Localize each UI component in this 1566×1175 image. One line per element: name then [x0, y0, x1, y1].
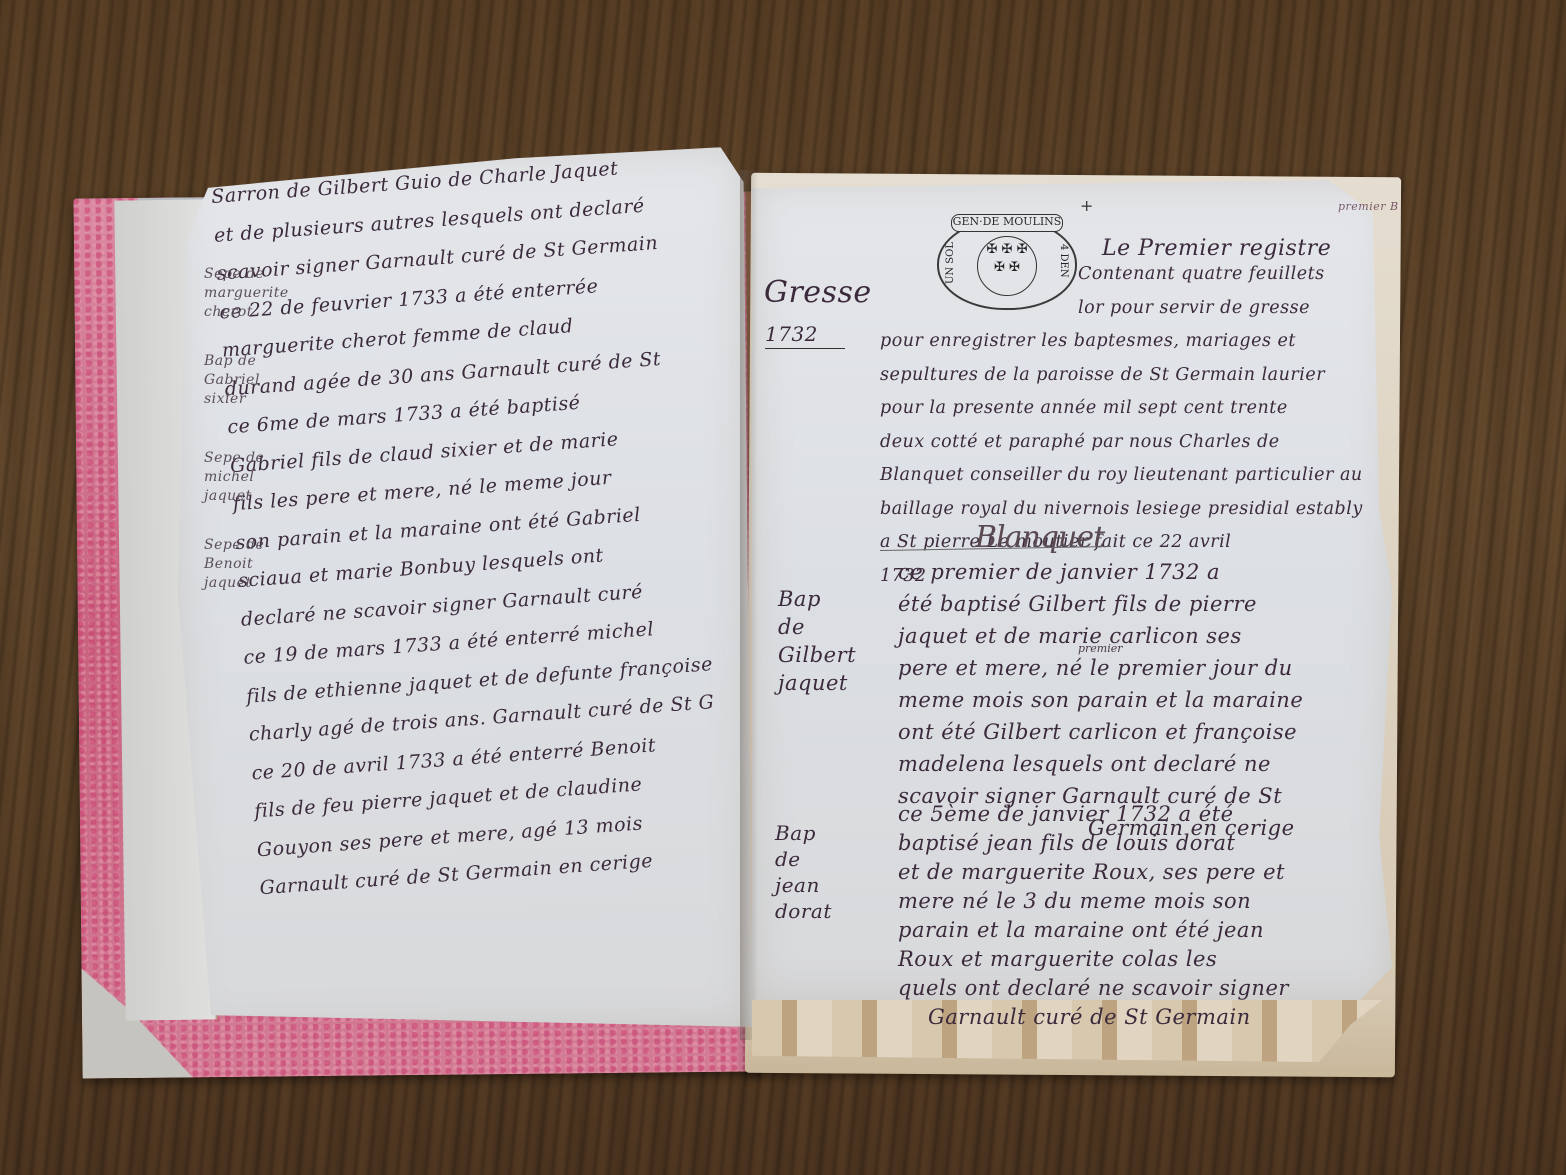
- margin-word: dorat: [775, 898, 832, 924]
- left-page-body: Sarron de Gilbert Guio de Charle Jaquet …: [210, 145, 728, 907]
- margin-word: jaquet: [778, 669, 856, 697]
- header-line: sepultures de la paroisse de St Germain …: [880, 359, 1363, 393]
- divider: [765, 348, 845, 349]
- signature-blanquet: Blanquet: [975, 520, 1104, 555]
- margin-note: Bap de Gabriel sixier: [204, 352, 274, 409]
- entry-margin-note: Bap de jean dorat: [775, 820, 832, 924]
- margin-note: Sepe de michel jaquet: [204, 449, 274, 506]
- header-line: deux cotté et paraphé par nous Charles d…: [880, 426, 1363, 460]
- header-line: Blanquet conseiller du roy lieutenant pa…: [880, 459, 1363, 493]
- margin-word: de: [778, 613, 856, 641]
- handwritten-line: et de marguerite Roux, ses pere et: [898, 858, 1289, 887]
- gresse-year: 1732: [765, 322, 818, 346]
- header-line: pour enregistrer les baptesmes, mariages…: [880, 325, 1363, 359]
- handwritten-line: quels ont declaré ne scavoir signer: [898, 974, 1289, 1003]
- margin-word: jean: [775, 872, 832, 898]
- handwritten-line: Roux et marguerite colas les: [898, 945, 1289, 974]
- handwritten-line: madelena lesquels ont declaré ne: [898, 748, 1303, 780]
- stamp-banner: GEN·DE MOULINS: [951, 214, 1063, 232]
- baptism-entry-jean: ce 5ème de janvier 1732 a été baptisé je…: [898, 800, 1289, 1032]
- handwritten-line: meme mois son parain et la maraine: [898, 684, 1303, 716]
- entry-margin-note: Bap de Gilbert jaquet: [778, 585, 856, 697]
- header-line: Contenant quatre feuillets: [880, 258, 1363, 292]
- margin-word: Bap: [775, 820, 832, 846]
- margin-note: Sepe de Benoit jaquet: [204, 536, 274, 593]
- margin-word: de: [775, 846, 832, 872]
- handwritten-line: parain et la maraine ont été jean: [898, 916, 1289, 945]
- margin-word: Bap: [778, 585, 856, 613]
- header-line: pour la presente année mil sept cent tre…: [880, 392, 1363, 426]
- corner-note: premier B: [1338, 200, 1399, 213]
- handwritten-line: été baptisé Gilbert fils de pierre: [898, 588, 1303, 620]
- handwritten-line: baptisé jean fils de louis dorat: [898, 829, 1289, 858]
- register-header-text: Contenant quatre feuillets lor pour serv…: [880, 258, 1363, 593]
- handwritten-line: jaquet et de marie carlicon ses: [898, 620, 1303, 652]
- handwritten-line: mere né le 3 du meme mois son: [898, 887, 1289, 916]
- plus-mark: +: [1080, 196, 1094, 215]
- handwritten-line: Garnault curé de St Germain: [898, 1003, 1289, 1032]
- handwritten-line: ce premier de janvier 1732 a: [898, 556, 1303, 588]
- handwritten-line: ont été Gilbert carlicon et françoise: [898, 716, 1303, 748]
- header-line: a St pierre Le moutier fait ce 22 avril: [880, 526, 1363, 560]
- handwritten-line: ce 5ème de janvier 1732 a été: [898, 800, 1289, 829]
- margin-note: Sepe de marguerite cherot: [204, 265, 274, 322]
- header-line: lor pour servir de gresse: [880, 292, 1363, 326]
- book-gutter: [740, 170, 758, 1040]
- left-margin-notes: Sepe de marguerite cherot Bap de Gabriel…: [204, 255, 274, 623]
- handwritten-line: pere et mere, né le premier jour du: [898, 652, 1303, 684]
- margin-word: Gilbert: [778, 641, 856, 669]
- header-line: baillage royal du nivernois lesiege pres…: [880, 493, 1363, 527]
- gresse-label: Gresse: [764, 275, 872, 310]
- open-register-book: Sarron de Gilbert Guio de Charle Jaquet …: [0, 0, 1566, 1175]
